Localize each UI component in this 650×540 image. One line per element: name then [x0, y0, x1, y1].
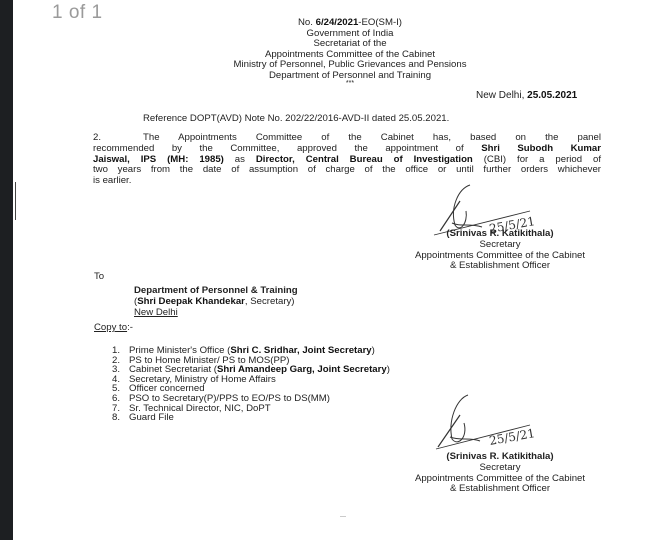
svg-text:25/5/21: 25/5/21 — [488, 426, 536, 448]
copy-to-list: 1.Prime Minister's Office (Shri C. Sridh… — [112, 346, 390, 423]
signatory-role: & Establishment Officer — [375, 261, 625, 272]
document-page: No. 6/24/2021-EO(SM-I) Government of Ind… — [0, 0, 650, 540]
reference-line: Reference DOPT(AVD) Note No. 202/22/2016… — [143, 114, 449, 125]
signatory-role: & Establishment Officer — [375, 484, 625, 495]
signatory-title: Secretary — [375, 240, 625, 251]
place-date: New Delhi, 25.05.2021 — [476, 91, 577, 102]
appointment-paragraph: 2.The Appointments Committee of the Cabi… — [93, 133, 601, 187]
signature-block-1: (Srinivas R. Katikithala) Secretary Appo… — [375, 229, 625, 272]
to-label: To — [94, 272, 104, 283]
signature-block-2: (Srinivas R. Katikithala) Secretary Appo… — [375, 452, 625, 495]
signature-scribble-icon: 25/5/21 — [430, 393, 560, 453]
addressee-block: Department of Personnel & Training (Shri… — [134, 286, 298, 318]
footer-mark: --- — [340, 512, 346, 523]
copy-to-label: Copy to:- — [94, 323, 133, 334]
list-item: 8.Guard File — [112, 413, 390, 423]
addressee-person: (Shri Deepak Khandekar, Secretary) — [134, 297, 298, 308]
header-separator: *** — [150, 79, 550, 90]
addressee-city: New Delhi — [134, 308, 298, 319]
para-line-4: two years from the date of assumption of… — [93, 165, 601, 176]
signatory-title: Secretary — [375, 463, 625, 474]
